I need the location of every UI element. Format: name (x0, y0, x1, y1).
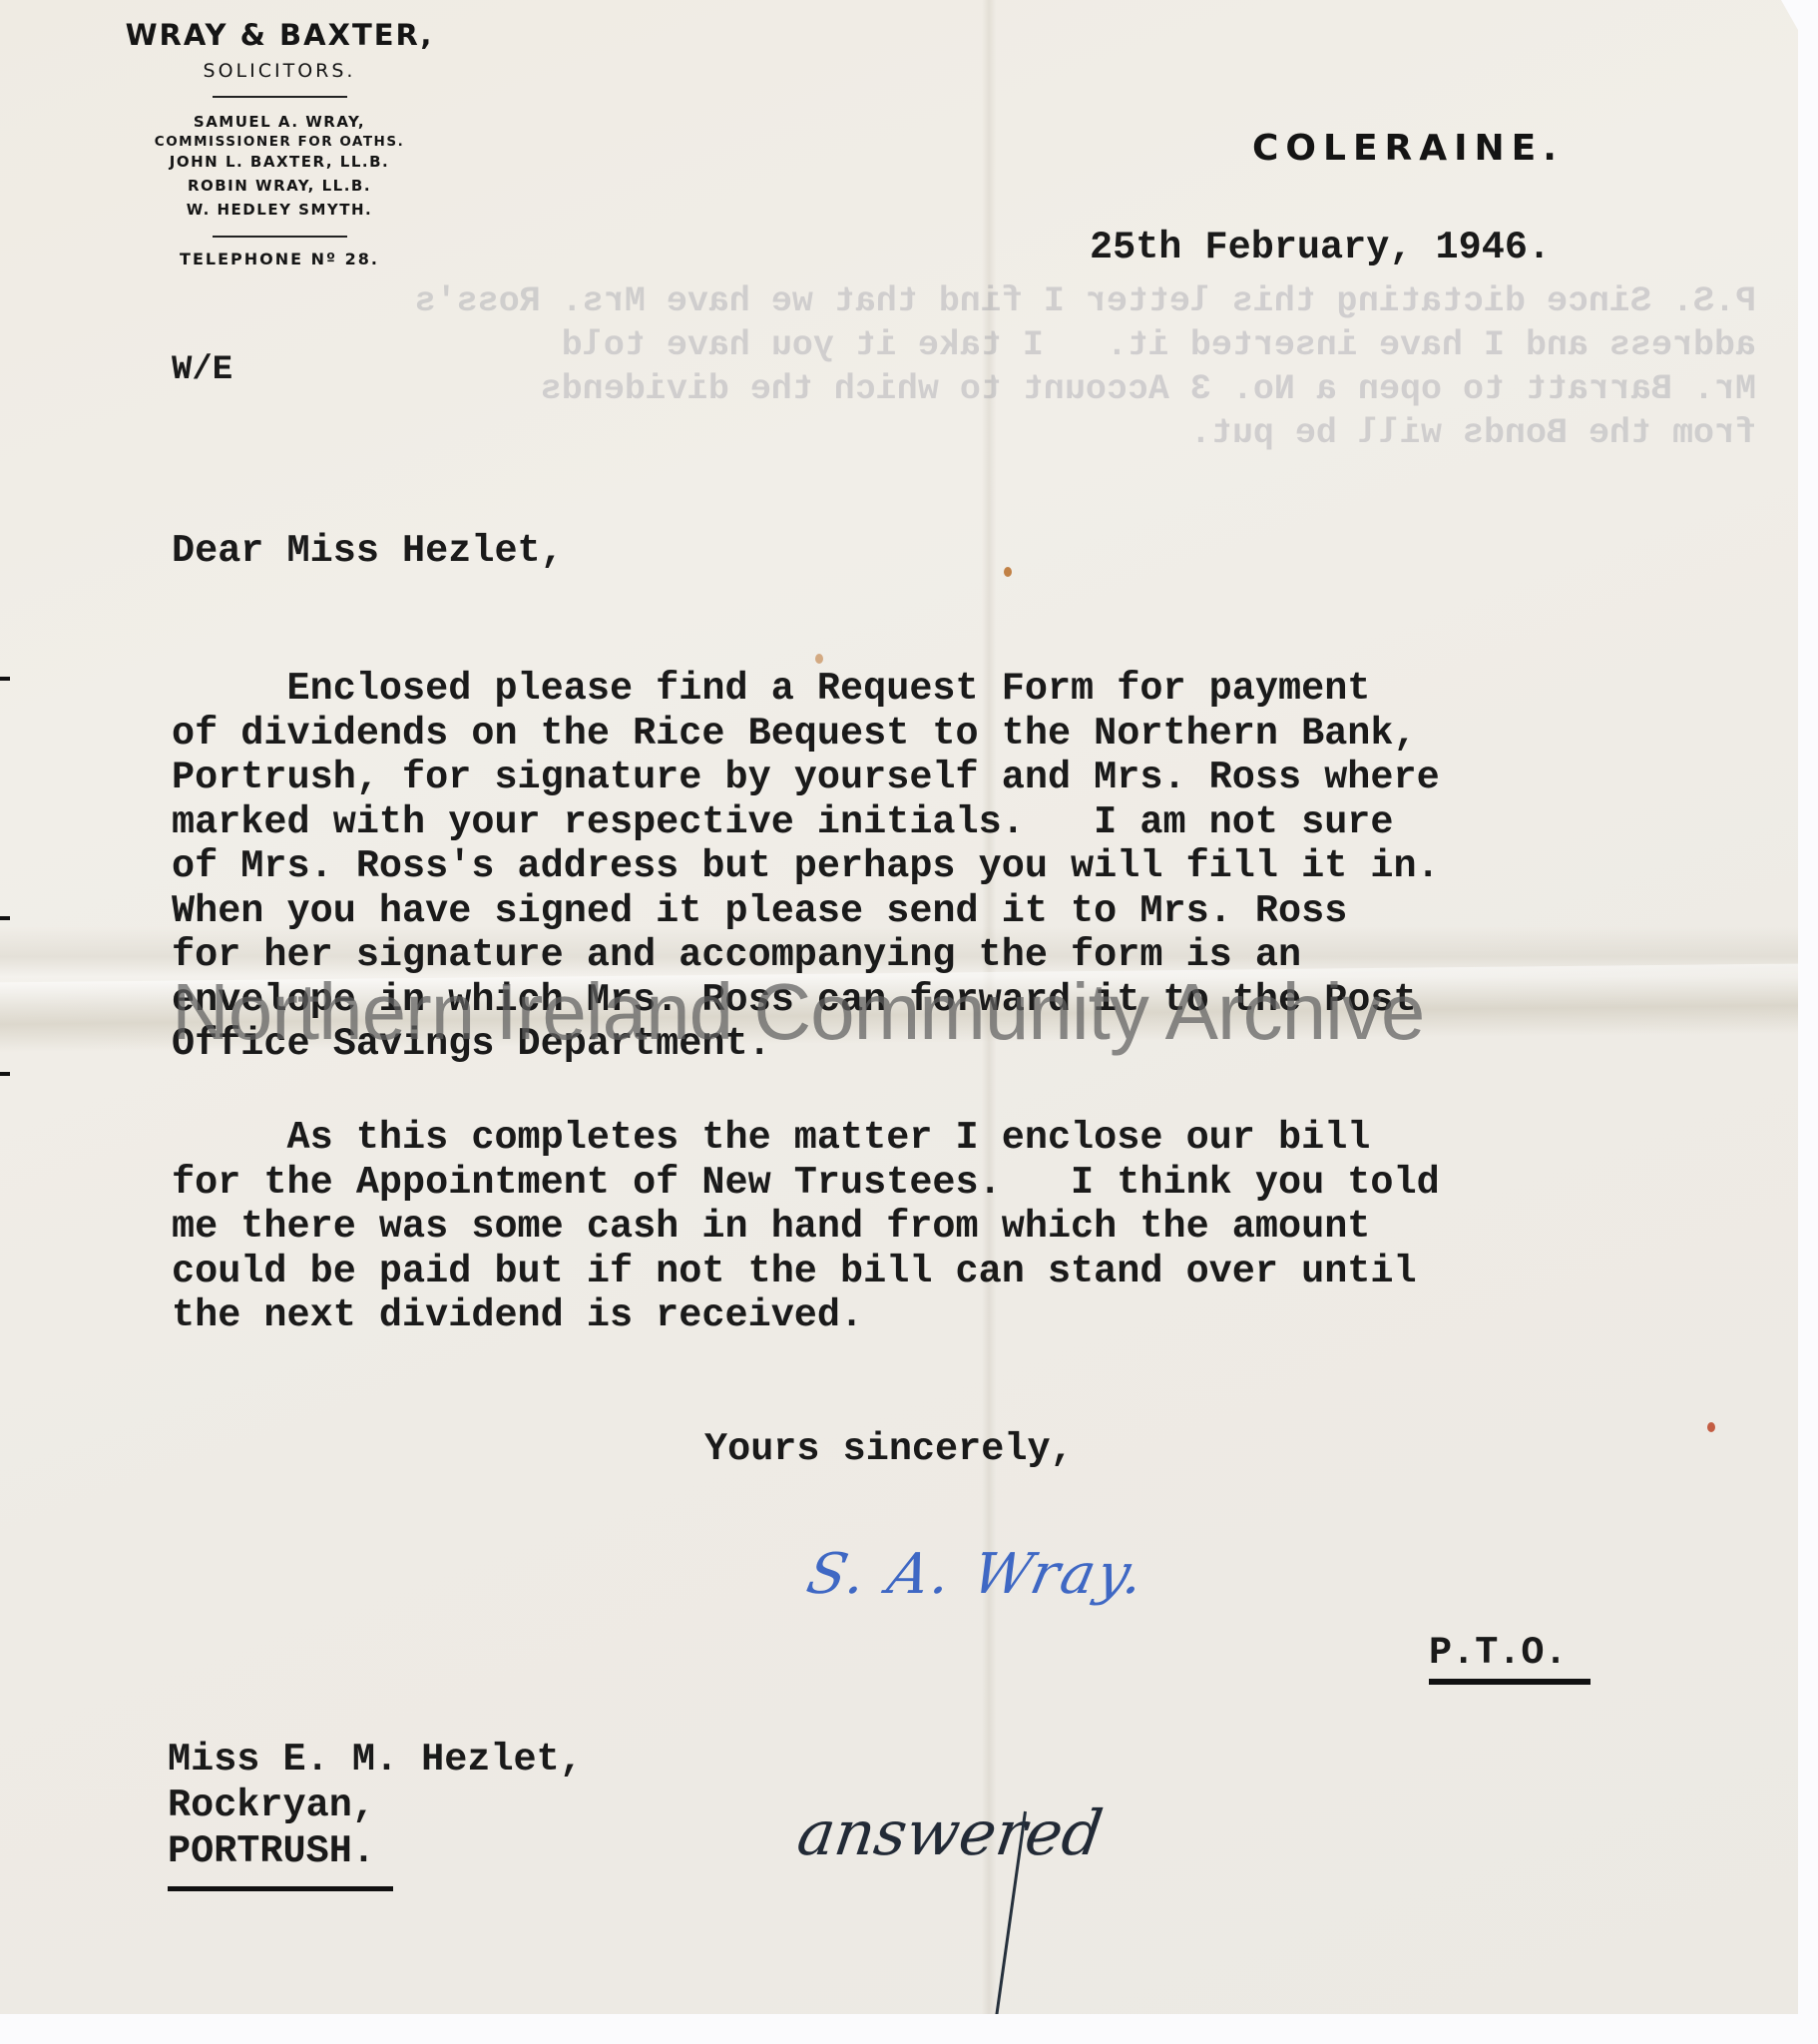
rust-stain (815, 654, 823, 664)
rust-stain (1004, 567, 1012, 577)
address-underline (168, 1886, 393, 1891)
partner-name: SAMUEL A. WRAY, (90, 110, 469, 134)
salutation: Dear Miss Hezlet, (172, 529, 564, 573)
offset-postscript-bleed: P.S. Since dictating this letter I find … (40, 279, 1756, 455)
firm-name: WRAY & BAXTER, (90, 18, 469, 52)
punch-mark (0, 677, 10, 681)
partner-name: W. HEDLEY SMYTH. (90, 198, 469, 222)
partner-list: SAMUEL A. WRAY, COMMISSIONER FOR OATHS. … (90, 110, 469, 222)
handwritten-signature: S. A. Wray. (801, 1542, 1152, 1607)
letterhead-divider (213, 236, 347, 238)
rust-stain (1707, 1422, 1715, 1432)
partner-name: JOHN L. BAXTER, LL.B. (90, 150, 469, 174)
letter-paper: P.S. Since dictating this letter I find … (0, 0, 1798, 2014)
closing: Yours sincerely, (704, 1427, 1074, 1471)
firm-subtitle: SOLICITORS. (90, 60, 469, 82)
pto-underline (1429, 1679, 1591, 1685)
letter-date: 25th February, 1946. (1090, 226, 1551, 269)
partner-title: COMMISSIONER FOR OATHS. (90, 134, 469, 150)
body-paragraph-2: As this completes the matter I enclose o… (172, 1116, 1668, 1338)
archive-watermark: Northern Ireland Community Archive (172, 966, 1424, 1058)
punch-mark (0, 916, 10, 920)
pto-mark: P.T.O. (1429, 1631, 1568, 1675)
punch-mark (0, 1072, 10, 1076)
handwritten-annotation: answered (793, 1796, 1108, 1869)
letterhead-divider (213, 96, 347, 98)
reference-initials: W/E (172, 351, 232, 389)
partner-name: ROBIN WRAY, LL.B. (90, 174, 469, 198)
recipient-address: Miss E. M. Hezlet, Rockryan, PORTRUSH. (168, 1737, 583, 1874)
telephone-number: TELEPHONE Nº 28. (90, 250, 469, 268)
letterhead: WRAY & BAXTER, SOLICITORS. SAMUEL A. WRA… (90, 18, 469, 268)
town-heading: COLERAINE. (1252, 128, 1564, 169)
